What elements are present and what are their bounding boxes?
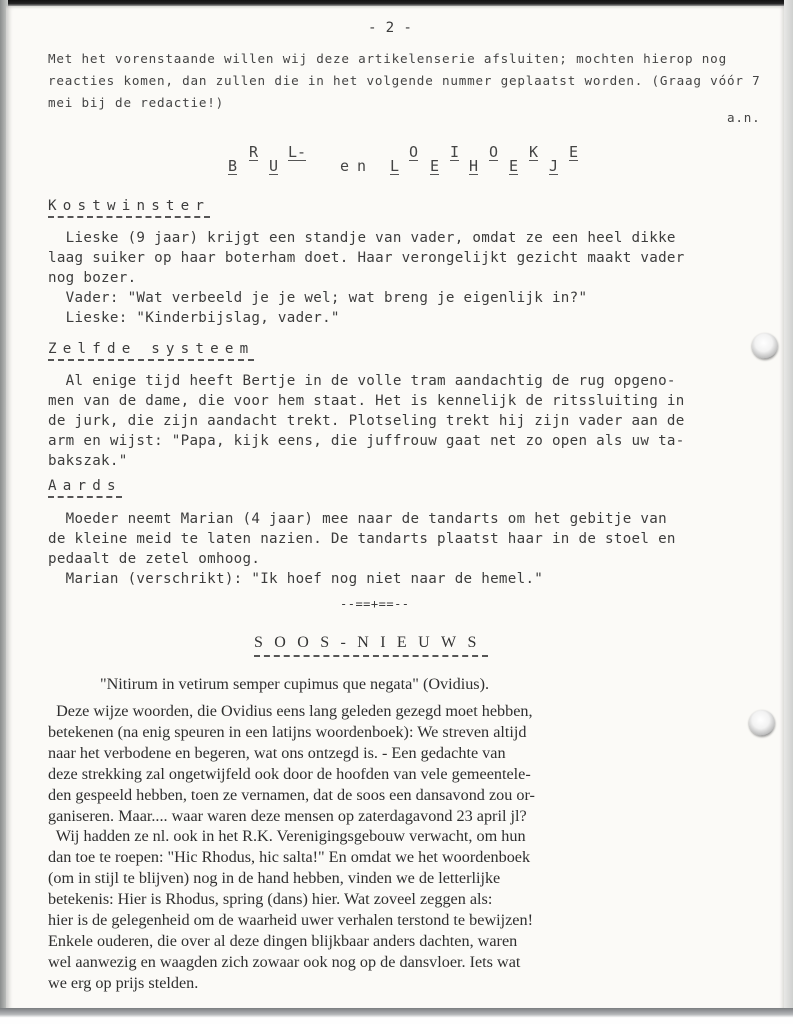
section-heading-aards: Aards: [48, 477, 122, 498]
latin-motto: "Nitirum in vetirum semper cupimus que n…: [100, 674, 489, 695]
text-line: betekenis: Hier is Rhodus, spring (dans)…: [48, 889, 535, 910]
soos-nieuws-body: Deze wijze woorden, die Ovidius eens lan…: [48, 701, 535, 994]
title-letter: R: [249, 144, 258, 161]
brul-en-loeihoekje-title: B R U L- en L O E I H O E K J E: [228, 140, 588, 180]
title-letter: L-: [288, 144, 306, 161]
text-line: nog bozer.: [48, 268, 685, 288]
section-heading-zelfde-systeem: Zelfde systeem: [48, 340, 254, 361]
punch-hole-icon: [752, 333, 778, 359]
intro-line: reacties komen, dan zullen die in het vo…: [48, 70, 760, 92]
text-line: wel aanwezig en waagden zich zowaar ook …: [48, 952, 535, 973]
section-heading-kostwinster: Kostwinster: [48, 197, 210, 218]
text-line: Deze wijze woorden, die Ovidius eens lan…: [48, 701, 535, 722]
text-line: Al enige tijd heeft Bertje in de volle t…: [48, 371, 685, 391]
intro-paragraph: Met het vorenstaande willen wij deze art…: [48, 48, 760, 114]
scan-right-edge: [784, 0, 793, 1024]
scan-bottom-edge: [0, 1008, 793, 1024]
title-letter: B: [228, 158, 237, 175]
text-line: Enkele ouderen, die over al deze dingen …: [48, 931, 535, 952]
text-line: betekenen (na enig speuren in een latijn…: [48, 722, 535, 743]
text-line: naar het verbodene en begeren, wat ons o…: [48, 743, 535, 764]
title-word-en: en: [340, 158, 374, 174]
text-line: Lieske: "Kinderbijslag, vader.": [48, 308, 685, 328]
section-body-zelfde-systeem: Al enige tijd heeft Bertje in de volle t…: [48, 371, 685, 471]
title-letter: E: [509, 158, 518, 175]
title-letter: L: [390, 158, 399, 175]
page-number: - 2 -: [368, 18, 412, 38]
text-line: laag suiker op haar boterham doet. Haar …: [48, 248, 685, 268]
text-line: Wij hadden ze nl. ook in het R.K. Vereni…: [48, 826, 535, 847]
soos-nieuws-title: SOOS-NIEUWS: [254, 633, 488, 657]
text-line: den gespeeld hebben, toen ze vernamen, d…: [48, 785, 535, 806]
text-line: dan toe te roepen: "Hic Rhodus, hic salt…: [48, 847, 535, 868]
text-line: deze strekking zal ongetwijfeld ook door…: [48, 764, 535, 785]
text-line: (om in stijl te blijven) nog in de hand …: [48, 868, 535, 889]
text-line: bakszak.": [48, 451, 685, 471]
text-line: Lieske (9 jaar) krijgt een standje van v…: [48, 228, 685, 248]
text-line: hier is de gelegenheid om de waarheid uw…: [48, 910, 535, 931]
text-line: de kleine meid te laten nazien. De tanda…: [48, 529, 676, 549]
title-letter: E: [430, 158, 439, 175]
title-letter: K: [529, 144, 538, 161]
title-letter: U: [269, 158, 278, 175]
punch-hole-icon: [749, 710, 775, 736]
text-line: de jurk, die zijn aandacht trekt. Plotse…: [48, 411, 685, 431]
text-line: ganiseren. Maar.... waar waren deze mens…: [48, 806, 535, 827]
intro-line: mei bij de redactie!): [48, 92, 760, 114]
title-letter: E: [569, 144, 578, 161]
title-letter: O: [409, 144, 418, 161]
text-line: we erg op prijs stelden.: [48, 973, 535, 994]
title-letter: I: [450, 144, 459, 161]
intro-line: Met het vorenstaande willen wij deze art…: [48, 48, 760, 70]
title-letter: O: [489, 144, 498, 161]
section-body-aards: Moeder neemt Marian (4 jaar) mee naar de…: [48, 509, 676, 589]
title-letter: J: [549, 158, 558, 175]
title-letter: H: [469, 158, 478, 175]
text-line: Marian (verschrikt): "Ik hoef nog niet n…: [48, 569, 676, 589]
section-divider: --==+==--: [340, 594, 410, 614]
text-line: Vader: "Wat verbeeld je je wel; wat bren…: [48, 288, 685, 308]
text-line: men van de dame, die voor hem staat. Het…: [48, 391, 685, 411]
text-line: pedaalt de zetel omhoog.: [48, 549, 676, 569]
intro-signature: a.n.: [727, 108, 761, 128]
text-line: Moeder neemt Marian (4 jaar) mee naar de…: [48, 509, 676, 529]
section-body-kostwinster: Lieske (9 jaar) krijgt een standje van v…: [48, 228, 685, 328]
text-line: arm en wijst: "Papa, kijk eens, die juff…: [48, 431, 685, 451]
